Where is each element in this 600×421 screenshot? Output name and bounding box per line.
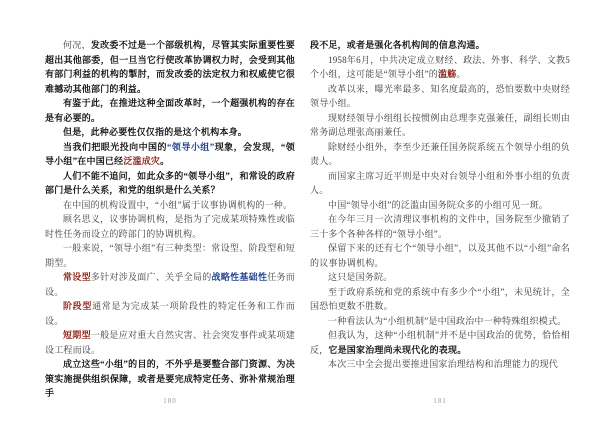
page-left: 何况，发改委不过是一个部级机构，尽管其实际重要性要超出其他部委，但一旦当它行使改…	[45, 38, 295, 421]
text-run: 它是国家治理尚未现代化的表现。	[328, 345, 466, 355]
paragraph: 现财经领导小组组长按惯例由总理李克强兼任，副组长则由常务副总理张高丽兼任。	[310, 111, 570, 140]
text-run: 改革以来，曝光率最多、知名度最高的，恐怕要数中央财经领导小组。	[310, 84, 570, 109]
text-run: 至于政府系统和党的系统中有多少个“小组”，未见统计，全国恐怕更数不胜数。	[310, 287, 570, 312]
paragraph: 改革以来，曝光率最多、知名度最高的，恐怕要数中央财经领导小组。	[310, 82, 570, 111]
text-run: 何况，	[63, 40, 91, 50]
paragraph: 顾名思义，议事协调机构，是指为了完成某项特殊性或临时性任务而设立的跨部门的协调机…	[45, 212, 295, 241]
text-run: 一种看法认为“小组机制”是中国政治中一种特殊组织模式。	[328, 316, 566, 326]
text-run: 一般来说，“领导小组”有三种类型：常设型、阶段型和短期型。	[45, 243, 295, 268]
text-run: 在中国的机构设置中，“小组”属于议事协调机构的一种。	[63, 200, 292, 210]
text-run: 除财经小组外，李至少还兼任国务院系统五个领导小组的负责人。	[310, 142, 570, 167]
paragraph: 除财经小组外，李至少还兼任国务院系统五个领导小组的负责人。	[310, 140, 570, 169]
page-number: 180	[45, 397, 295, 405]
text-run: 现财经领导小组组长按惯例由总理李克强兼任，副组长则由常务副总理张高丽兼任。	[310, 113, 570, 138]
paragraph: 当我们把眼光投向中国的“领导小组”现象，会发现，“领导小组”在中国已经泛滥成灾。	[45, 140, 295, 169]
book-spread: 何况，发改委不过是一个部级机构，尽管其实际重要性要超出其他部委，但一旦当它行使改…	[0, 0, 600, 421]
paragraph: 人们不能不追问，如此众多的“领导小组”，和常设的政府部门是什么关系，和党的组织是…	[45, 169, 295, 198]
text-run: 中国“领导小组”的泛滥由国务院众多的小组可见一斑。	[328, 200, 548, 210]
paragraph: 至于政府系统和党的系统中有多少个“小组”，未见统计，全国恐怕更数不胜数。	[310, 285, 570, 314]
text-run: 。	[160, 156, 169, 166]
paragraph: 常设型多针对涉及面广、关乎全局的战略性基础性任务而设。	[45, 270, 295, 299]
paragraph: 有鉴于此，在推进这种全面改革时，一个超强机构的存在是有必要的。	[45, 96, 295, 125]
paragraph: 在中国的机构设置中，“小组”属于议事协调机构的一种。	[45, 198, 295, 213]
paragraph: 段不足，或者是强化各机构间的信息沟通。	[310, 38, 570, 53]
text-run: 而国家主席习近平则是中央对台领导小组和外事小组的负责人。	[310, 171, 570, 196]
text-run: 滥觞	[438, 69, 456, 79]
text-run: 在今年三月一次清理议事机构的文件中，国务院至少撤销了三十多个各种各样的“领导小组…	[310, 214, 570, 239]
text-run: 战略性基础性	[212, 272, 268, 282]
text-run: “领导小组”	[167, 142, 214, 152]
text-run: 这只是国务院。	[328, 272, 392, 282]
text-run: 当我们把眼光投向中国的	[63, 142, 167, 152]
page-number: 181	[310, 397, 570, 405]
paragraph: 一种看法认为“小组机制”是中国政治中一种特殊组织模式。	[310, 314, 570, 329]
text-run: 保留下来的还有七个“领导小组”，以及其他不以“小组”命名的议事协调机构。	[310, 243, 570, 268]
text-run: 阶段型	[63, 301, 92, 311]
text-run: 成立这些“小组”的目的，不外乎是要整合部门资源、为决策实施提供组织保障，或者是要…	[45, 359, 295, 398]
paragraph: 1958年6月，中共决定成立财经、政法、外事、科学、文教5个小组，这可能是“领导…	[310, 53, 570, 82]
text-run: 常设型	[63, 272, 91, 282]
text-run: 多针对涉及面广、关乎全局的	[91, 272, 212, 282]
paragraph: 这只是国务院。	[310, 270, 570, 285]
paragraph: 本次三中全会提出要推进国家治理结构和治理能力的现代	[310, 357, 570, 372]
text-run: 有鉴于此，在推进这种全面改革时，一个超强机构的存在是有必要的。	[45, 98, 295, 123]
paragraph: 但是，此种必要性仅仅指的是这个机构本身。	[45, 125, 295, 140]
paragraph: 而国家主席习近平则是中央对台领导小组和外事小组的负责人。	[310, 169, 570, 198]
paragraph: 何况，发改委不过是一个部级机构，尽管其实际重要性要超出其他部委，但一旦当它行使改…	[45, 38, 295, 96]
text-run: 本次三中全会提出要推进国家治理结构和治理能力的现代	[328, 359, 558, 369]
paragraph: 保留下来的还有七个“领导小组”，以及其他不以“小组”命名的议事协调机构。	[310, 241, 570, 270]
text-run: 泛滥成灾	[123, 156, 160, 166]
text-run: 。	[456, 69, 465, 79]
paragraph: 短期型一般是应对重大自然灾害、社会突发事件或某项建设工程而设。	[45, 328, 295, 357]
text-run: 人们不能不追问，如此众多的“领导小组”，和常设的政府部门是什么关系，和党的组织是…	[45, 171, 295, 196]
text-run: 段不足，或者是强化各机构间的信息沟通。	[310, 40, 485, 50]
paragraph: 在今年三月一次清理议事机构的文件中，国务院至少撤销了三十多个各种各样的“领导小组…	[310, 212, 570, 241]
paragraph: 阶段型通常是为完成某一项阶段性的特定任务和工作而设。	[45, 299, 295, 328]
text-run: 但是，此种必要性仅仅指的是这个机构本身。	[63, 127, 247, 137]
page-right: 段不足，或者是强化各机构间的信息沟通。1958年6月，中共决定成立财经、政法、外…	[310, 38, 570, 421]
text-run: 短期型	[63, 330, 91, 340]
paragraph: 中国“领导小组”的泛滥由国务院众多的小组可见一斑。	[310, 198, 570, 213]
page-body-left: 何况，发改委不过是一个部级机构，尽管其实际重要性要超出其他部委，但一旦当它行使改…	[45, 38, 295, 401]
page-body-right: 段不足，或者是强化各机构间的信息沟通。1958年6月，中共决定成立财经、政法、外…	[310, 38, 570, 372]
paragraph: 一般来说，“领导小组”有三种类型：常设型、阶段型和短期型。	[45, 241, 295, 270]
paragraph: 但我认为，这种“小组机制”并不是中国政治的优势，恰恰相反，它是国家治理尚未现代化…	[310, 328, 570, 357]
text-run: 顾名思义，议事协调机构，是指为了完成某项特殊性或临时性任务而设立的跨部门的协调机…	[45, 214, 295, 239]
paragraph: 成立这些“小组”的目的，不外乎是要整合部门资源、为决策实施提供组织保障，或者是要…	[45, 357, 295, 401]
